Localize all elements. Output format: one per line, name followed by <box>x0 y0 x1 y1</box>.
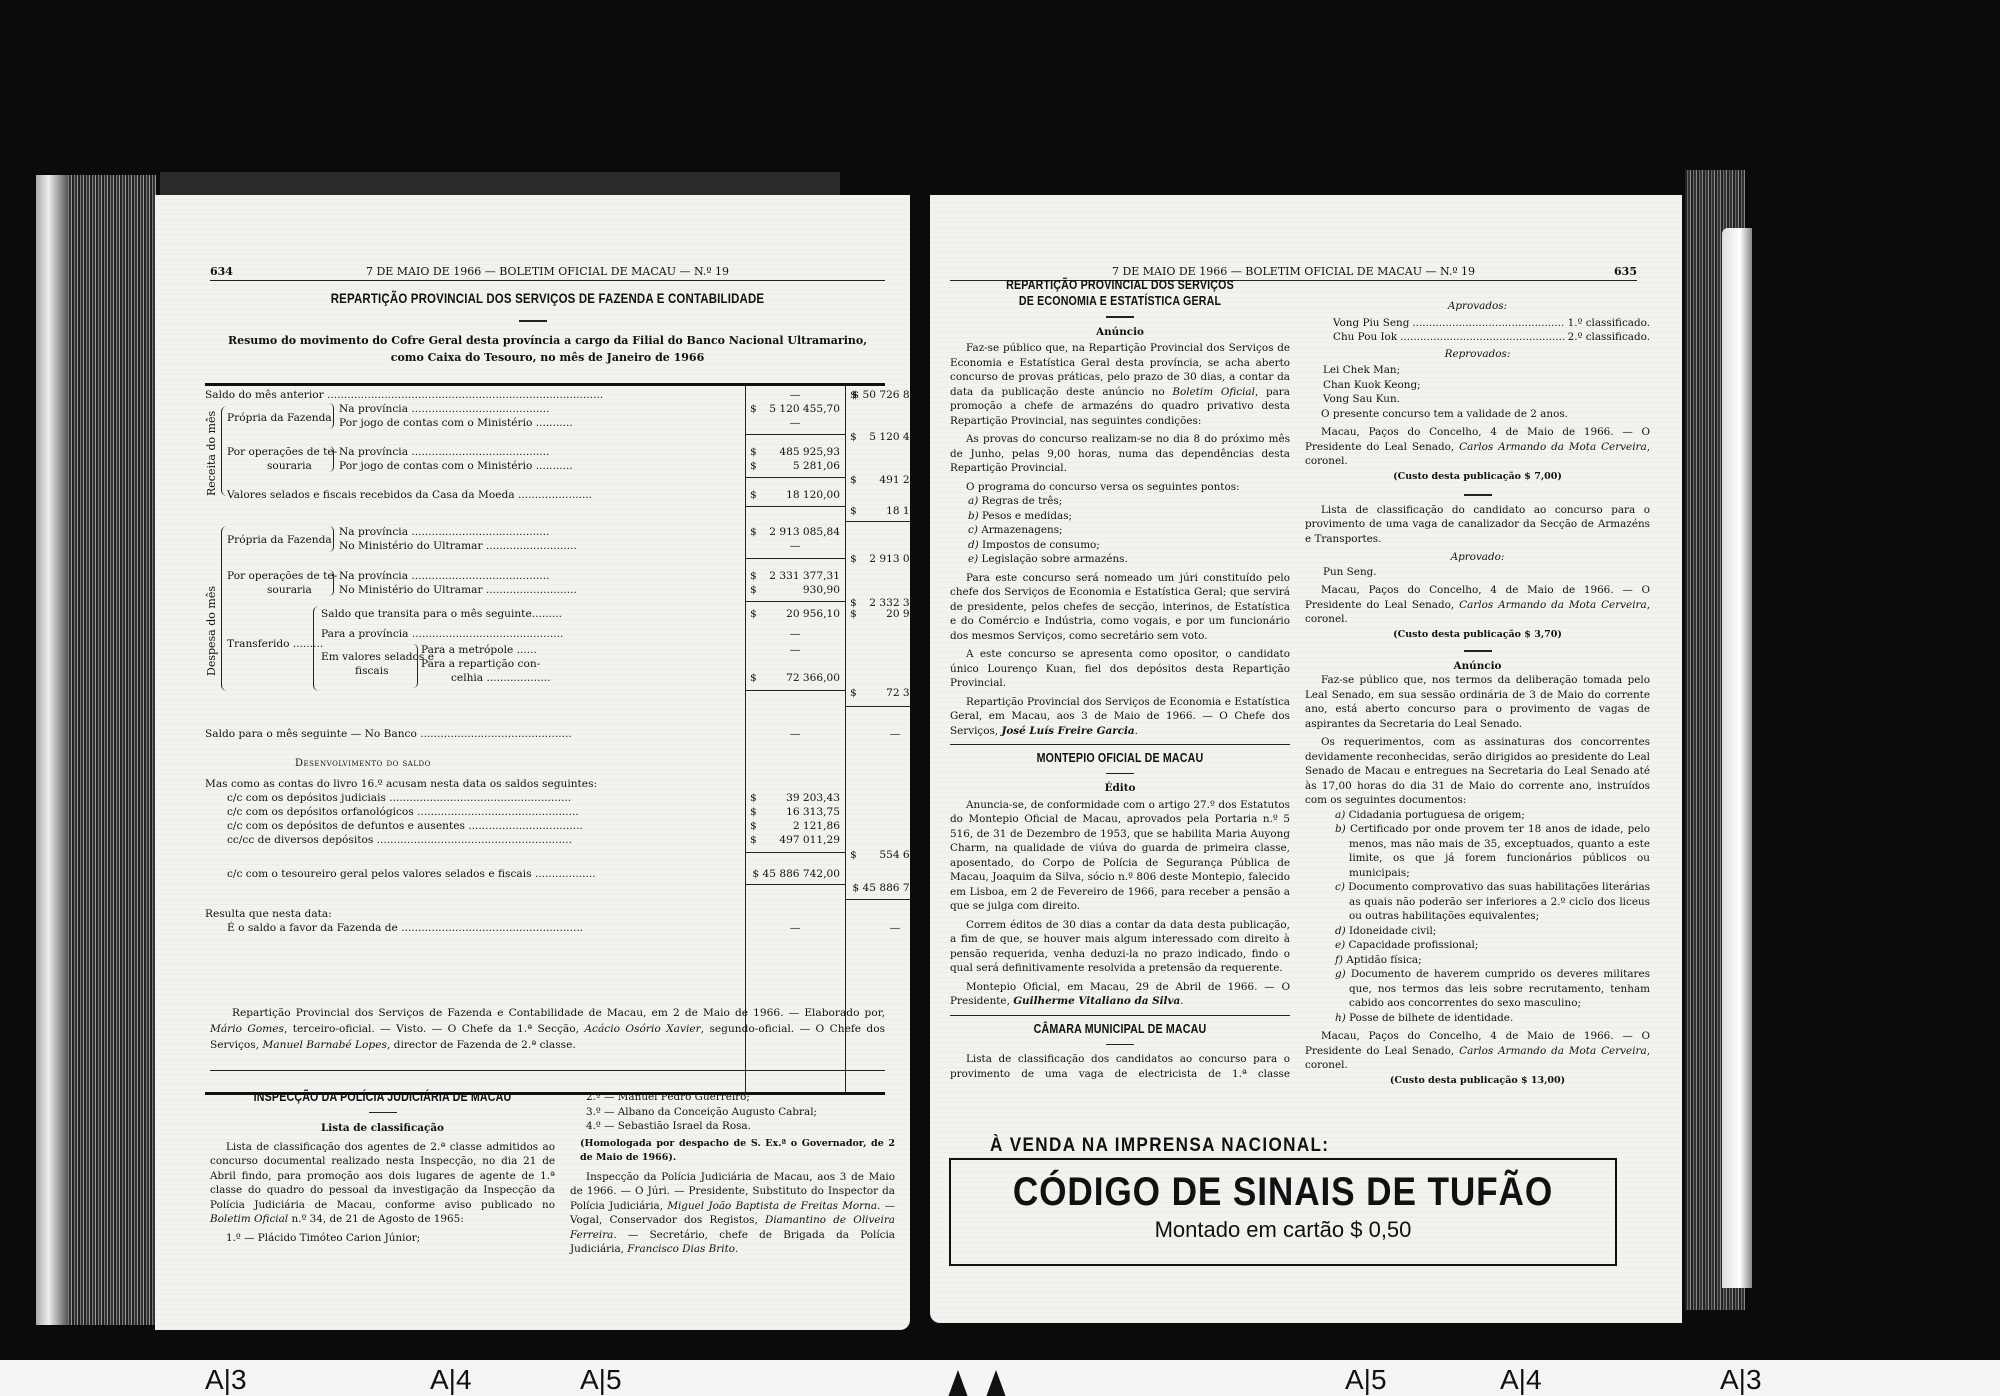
cell: $2 121,86 <box>750 820 840 834</box>
paragraph: As provas do concurso realizam-se no dia… <box>950 432 1290 476</box>
homologada-note: (Homologada por despacho de S. Ex.ª o Go… <box>570 1137 895 1166</box>
table-title: Resumo do movimento do Cofre Geral desta… <box>210 332 885 366</box>
list-item: Lei Chek Man; <box>1305 363 1650 378</box>
advert-title: CÓDIGO DE SINAIS DE TUFÃO <box>991 1170 1575 1215</box>
right-column-1: REPARTIÇÃO PROVINCIAL DOS SERVIÇOS DE EC… <box>950 277 1290 1086</box>
advert-subtitle: Montado em cartão $ 0,50 <box>951 1217 1615 1243</box>
subtotal-rule <box>745 434 845 435</box>
label: Saldo que transita para o mês seguinte..… <box>321 608 562 622</box>
left-page: 634 7 DE MAIO DE 1966 — BOLETIM OFICIAL … <box>155 195 910 1330</box>
subtitle: Lista de classificação <box>210 1121 555 1136</box>
policia-column-2: 2.º — Manuel Pedro Guerreiro; 3.º — Alba… <box>570 1090 895 1261</box>
label: Por jogo de contas com o Ministério ....… <box>339 417 573 431</box>
ranking-item: 2.º — Manuel Pedro Guerreiro; <box>570 1090 895 1105</box>
label: Mas como as contas do livro 16.º acusam … <box>205 778 597 792</box>
deposit-row: cc/cc de diversos depósitos ............… <box>227 834 572 848</box>
saldo-favor-row: É o saldo a favor da Fazenda de ........… <box>227 922 583 936</box>
scan-marker: A|5 <box>580 1365 622 1395</box>
rule <box>1106 773 1134 775</box>
paragraph: Correm éditos de 30 dias a contar da dat… <box>950 918 1290 976</box>
scan-marker: A|3 <box>205 1365 247 1395</box>
scan-marker: A|4 <box>1500 1365 1542 1395</box>
running-head-title: 7 DE MAIO DE 1966 — BOLETIM OFICIAL DE M… <box>210 265 885 278</box>
list-item: Vong Piu Seng...........................… <box>1305 316 1650 331</box>
cell: $554 650,33 <box>850 849 910 863</box>
book-cover-edge-right <box>1722 228 1752 1288</box>
cell: $2 913 085,84 <box>850 553 910 567</box>
label: Transferido ......... <box>227 638 323 652</box>
label: celhia ................... <box>451 672 550 686</box>
right-column-2: Aprovados: Vong Piu Seng................… <box>1305 277 1650 1088</box>
cell: $491 206,99 <box>850 474 910 488</box>
label: Valores selados e fiscais recebidos da C… <box>227 489 592 503</box>
cell: $ 45 886 742,00 <box>850 882 910 896</box>
custo-publicacao: (Custo desta publicação $ 7,00) <box>1305 470 1650 485</box>
cell: $39 203,43 <box>750 792 840 806</box>
list-item: Pun Seng. <box>1305 565 1650 580</box>
aprovados-label: Aprovados: <box>1305 299 1650 314</box>
subtotal-rule <box>845 706 910 707</box>
book-gutter <box>910 195 930 1335</box>
paragraph: Macau, Paços do Concelho, 4 de Maio de 1… <box>1305 1029 1650 1073</box>
subtotal-rule <box>745 477 845 478</box>
label: Própria da Fazenda <box>227 412 332 426</box>
subtitle: Anúncio <box>950 325 1290 340</box>
cell: — <box>750 628 840 642</box>
paragraph: A este concurso se apresenta como oposit… <box>950 647 1290 691</box>
section-divider <box>210 1070 885 1071</box>
label-receita: Receita do mês <box>205 411 218 496</box>
list-item: Chu Pou Iok.............................… <box>1305 330 1650 345</box>
rule <box>1106 316 1134 318</box>
running-head-left: 634 7 DE MAIO DE 1966 — BOLETIM OFICIAL … <box>210 265 885 281</box>
list-item: b) Pesos e medidas; <box>950 509 1290 524</box>
rule <box>1464 494 1492 496</box>
list-item: c) Documento comprovativo das suas habil… <box>1305 880 1650 924</box>
list-item: e) Capacidade profissional; <box>1305 938 1650 953</box>
cell: — <box>750 389 840 403</box>
cell: $ 45 886 742,00 <box>750 868 840 882</box>
section-title-policia: INSPECÇÃO DA POLÍCIA JUDICIÁRIA DE MACAU <box>241 1090 524 1105</box>
advert-header: À VENDA NA IMPRENSA NACIONAL: <box>990 1135 1329 1157</box>
cell: $18 120,00 <box>850 505 910 519</box>
section-title-economia: REPARTIÇÃO PROVINCIAL DOS SERVIÇOS DE EC… <box>981 277 1260 309</box>
paragraph: Macau, Paços do Concelho, 4 de Maio de 1… <box>1305 583 1650 627</box>
paragraph: Os requerimentos, com as assinaturas dos… <box>1305 735 1650 808</box>
cell: $485 925,93 <box>750 446 840 460</box>
subtotal-rule <box>745 884 845 885</box>
center-arrow-left-icon <box>947 1370 969 1396</box>
list-item: h) Posse de bilhete de identidade. <box>1305 1011 1650 1026</box>
label: Por operações de te- <box>227 446 337 460</box>
deposit-row: c/c com os depósitos orfanológicos .....… <box>227 806 579 820</box>
section-title-camara: CÂMARA MUNICIPAL DE MACAU <box>981 1022 1260 1037</box>
reprovados-label: Reprovados: <box>1305 347 1650 362</box>
cell: $72 366,00 <box>750 672 840 686</box>
brace <box>221 526 227 691</box>
list-item: f) Aptidão física; <box>1305 953 1650 968</box>
rule <box>1464 650 1492 652</box>
book-edge-left <box>36 175 156 1325</box>
paragraph: Lista de classificação dos agentes de 2.… <box>210 1140 555 1227</box>
paragraph: Lista de classificação do candidato ao c… <box>1305 503 1650 547</box>
label: fiscais <box>355 665 389 679</box>
cell: — <box>750 922 840 936</box>
label: Por operações de te- <box>227 570 337 584</box>
rule <box>1106 1044 1134 1046</box>
scan-marker: A|4 <box>430 1365 472 1395</box>
cell: $16 313,75 <box>750 806 840 820</box>
right-page: 7 DE MAIO DE 1966 — BOLETIM OFICIAL DE M… <box>930 195 1682 1323</box>
cell: $5 120 455,70 <box>850 431 910 445</box>
paragraph: Inspecção da Polícia Judiciária de Macau… <box>570 1170 895 1257</box>
label: Na província ...........................… <box>339 446 549 460</box>
signature-paragraph: Repartição Provincial dos Serviços de Fa… <box>210 1005 885 1053</box>
cell: $497 011,29 <box>750 834 840 848</box>
custo-publicacao: (Custo desta publicação $ 3,70) <box>1305 628 1650 643</box>
aprovado-label: Aprovado: <box>1305 550 1650 565</box>
cell: $5 120 455,70 <box>750 403 840 417</box>
paragraph: Anuncia-se, de conformidade com o artigo… <box>950 798 1290 914</box>
title-rule <box>155 313 910 329</box>
policia-column-1: INSPECÇÃO DA POLÍCIA JUDICIÁRIA DE MACAU… <box>210 1090 555 1249</box>
list-item: g) Documento de haverem cumprido os deve… <box>1305 967 1650 1011</box>
paragraph: O programa do concurso versa os seguinte… <box>950 480 1290 495</box>
desenvolvimento-title: Desenvolvimento do saldo <box>295 758 431 772</box>
paragraph: Faz-se público que, na Repartição Provin… <box>950 341 1290 428</box>
cell: $2 913 085,84 <box>750 526 840 540</box>
list-item: Chan Kuok Keong; <box>1305 378 1650 393</box>
section-divider <box>950 1015 1290 1016</box>
cell: — <box>750 644 840 658</box>
col-rule-2 <box>845 386 846 1092</box>
cell: $20 956,10 <box>750 608 840 622</box>
label: No Ministério do Ultramar ..............… <box>339 584 577 598</box>
ranking-item: 4.º — Sebastião Israel da Rosa. <box>570 1119 895 1134</box>
cell: — <box>750 728 840 742</box>
label: souraria <box>267 460 312 474</box>
list-item: b) Certificado por onde provem ter 18 an… <box>1305 822 1650 880</box>
brace <box>329 570 334 596</box>
deposit-row: c/c com os depósitos judiciais .........… <box>227 792 571 806</box>
label: Para a província .......................… <box>321 628 563 642</box>
cell: $5 281,06 <box>750 460 840 474</box>
label: Para a metrópole ...... <box>421 644 537 658</box>
cell: $930,90 <box>750 584 840 598</box>
paragraph: Para este concurso será nomeado um júri … <box>950 571 1290 644</box>
label: Na província ...........................… <box>339 403 549 417</box>
col-rule-1 <box>745 386 746 1092</box>
list-item: c) Armazenagens; <box>950 523 1290 538</box>
ranking-item: 3.º — Albano da Conceição Augusto Cabral… <box>570 1105 895 1120</box>
book-cover-edge <box>36 175 68 1325</box>
advert-box: CÓDIGO DE SINAIS DE TUFÃO Montado em car… <box>949 1158 1617 1266</box>
label: Na província ...........................… <box>339 570 549 584</box>
label: Para a repartição con- <box>421 658 540 672</box>
brace <box>329 403 334 429</box>
cell: $$ 50 726 805,17 <box>850 389 910 403</box>
list-item: Vong Sau Kun. <box>1305 392 1650 407</box>
paragraph: O presente concurso tem a validade de 2 … <box>1305 407 1650 422</box>
subtotal-rule <box>745 690 845 691</box>
subtotal-rule <box>845 899 910 900</box>
subtitle: Édito <box>950 781 1290 796</box>
list-item: d) Impostos de consumo; <box>950 538 1290 553</box>
label: Na província ...........................… <box>339 526 549 540</box>
rule <box>369 1112 397 1114</box>
subtotal-rule <box>745 852 845 853</box>
cofre-ledger-table: Saldo do mês anterior ..................… <box>205 383 885 1095</box>
list-item: e) Legislação sobre armazéns. <box>950 552 1290 567</box>
cell: $2 331 377,31 <box>750 570 840 584</box>
subtitle: Anúncio <box>1305 659 1650 674</box>
deposit-row: c/c com os depósitos de defuntos e ausen… <box>227 820 583 834</box>
brace <box>413 644 418 688</box>
section-divider <box>950 744 1290 745</box>
cell: — <box>850 922 910 936</box>
cell: $18 120,00 <box>750 489 840 503</box>
paragraph: Repartição Provincial dos Serviços de Ec… <box>950 695 1290 739</box>
row-saldo-seguinte: Saldo para o mês seguinte — No Banco ...… <box>205 728 572 742</box>
cell: — <box>750 417 840 431</box>
section-title-montepio: MONTEPIO OFICIAL DE MACAU <box>981 751 1260 766</box>
cell: — <box>750 540 840 554</box>
scan-marker: A|5 <box>1345 1365 1387 1395</box>
section-title-fazenda: REPARTIÇÃO PROVINCIAL DOS SERVIÇOS DE FA… <box>271 290 825 306</box>
ranking-item: 1.º — Plácido Timóteo Carion Júnior; <box>210 1231 555 1246</box>
paragraph: Lista de classificação dos candidatos ao… <box>950 1052 1290 1082</box>
list-item: a) Cidadania portuguesa de origem; <box>1305 808 1650 823</box>
label: No Ministério do Ultramar ..............… <box>339 540 577 554</box>
cell: $72 366,00 <box>850 687 910 701</box>
custo-publicacao: (Custo desta publicação $ 13,00) <box>1305 1074 1650 1089</box>
scan-marker: A|3 <box>1720 1365 1762 1395</box>
row-saldo-anterior: Saldo do mês anterior ..................… <box>205 389 603 403</box>
subtotal-rule <box>845 521 910 522</box>
brace <box>329 446 334 472</box>
list-item: a) Regras de três; <box>950 494 1290 509</box>
cell: — <box>850 728 910 742</box>
subtotal-rule <box>745 506 845 507</box>
paragraph: Macau, Paços do Concelho, 4 de Maio de 1… <box>1305 425 1650 469</box>
list-item: d) Idoneidade civil; <box>1305 924 1650 939</box>
label: Por jogo de contas com o Ministério ....… <box>339 460 573 474</box>
cell: $20 956,10 <box>850 608 910 622</box>
label: souraria <box>267 584 312 598</box>
label: Resulta que nesta data: <box>205 908 332 922</box>
brace <box>329 526 334 552</box>
paragraph: Faz-se público que, nos termos da delibe… <box>1305 673 1650 731</box>
subtotal-rule <box>745 558 845 559</box>
label: Própria da Fazenda <box>227 534 332 548</box>
center-arrow-right-icon <box>985 1370 1007 1396</box>
subtotal-rule <box>745 601 845 602</box>
label-despesa: Despesa do mês <box>205 586 218 676</box>
tesoureiro-row: c/c com o tesoureiro geral pelos valores… <box>227 868 596 882</box>
brace <box>313 606 319 691</box>
paragraph: Montepio Oficial, em Macau, 29 de Abril … <box>950 980 1290 1009</box>
